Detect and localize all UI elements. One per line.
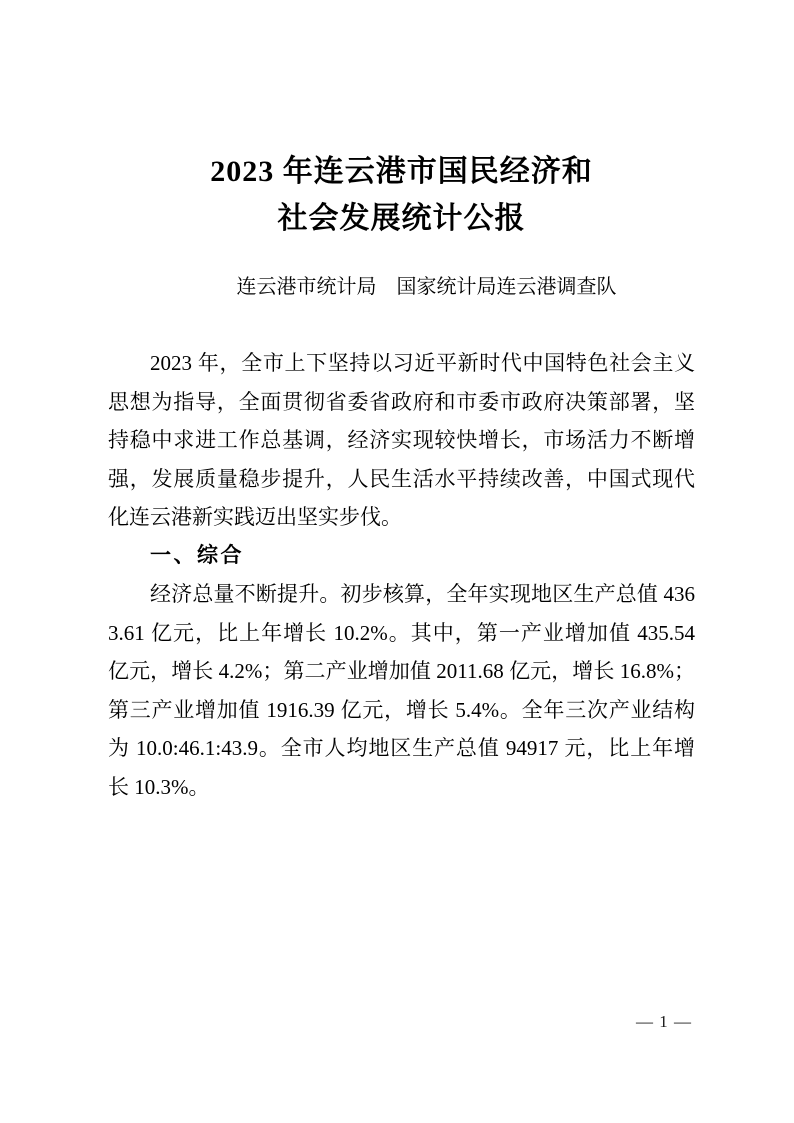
document-title-line-1: 2023 年连云港市国民经济和	[108, 148, 695, 195]
section-heading-overview: 一、综合	[108, 537, 695, 576]
intro-paragraph: 2023 年，全市上下坚持以习近平新时代中国特色社会主义思想为指导，全面贯彻省委…	[108, 344, 695, 537]
page-number-footer: — 1 —	[636, 1012, 692, 1032]
document-page: 2023 年连云港市国民经济和 社会发展统计公报 连云港市统计局 国家统计局连云…	[0, 0, 794, 1123]
document-body: 2023 年，全市上下坚持以习近平新时代中国特色社会主义思想为指导，全面贯彻省委…	[108, 344, 695, 806]
document-title: 2023 年连云港市国民经济和 社会发展统计公报	[108, 148, 695, 242]
section-paragraph-economy: 经济总量不断提升。初步核算，全年实现地区生产总值 4363.61 亿元，比上年增…	[108, 575, 695, 806]
document-title-line-2: 社会发展统计公报	[108, 195, 695, 242]
byline: 连云港市统计局 国家统计局连云港调查队	[133, 273, 720, 301]
